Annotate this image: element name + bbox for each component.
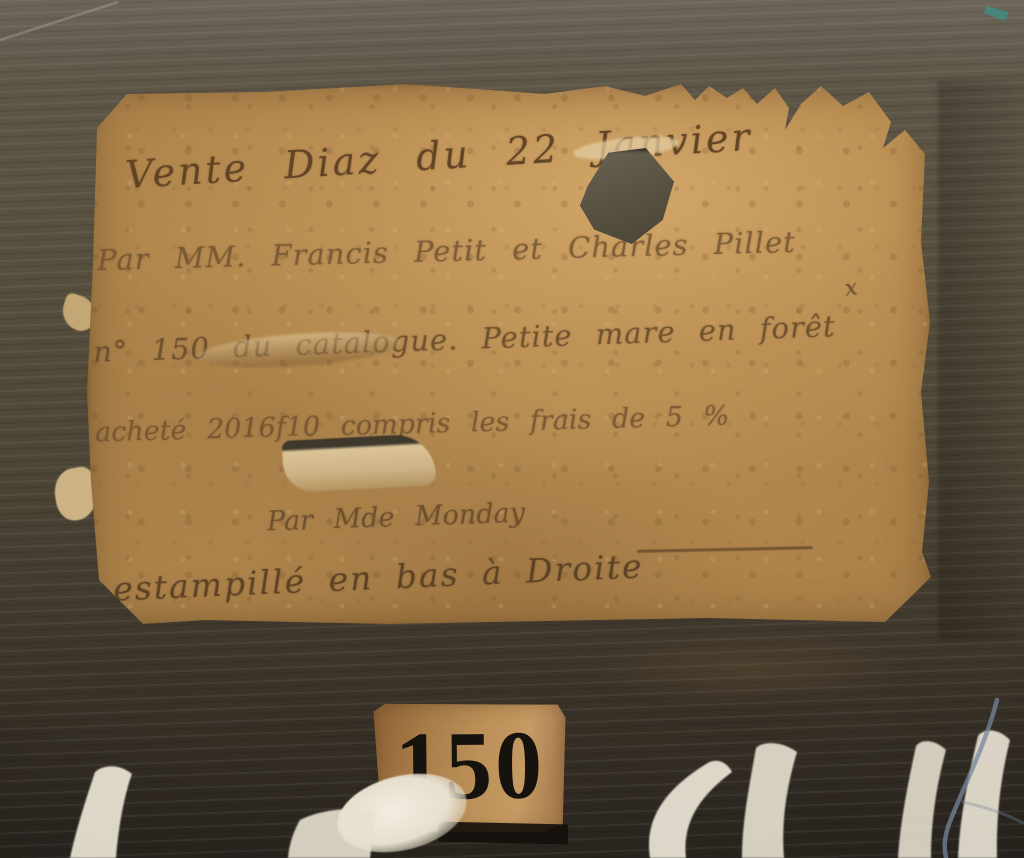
peeled-paper-patch (282, 433, 437, 493)
painted-wood-shadow (938, 80, 1024, 640)
auction-label: Vente Diaz du 22 Janvier Par MM. Francis… (85, 82, 933, 628)
painted-wood-highlight (0, 0, 1024, 90)
blue-chalk-branch (963, 802, 1023, 823)
black-paint-mark (438, 822, 568, 845)
white-paint-stroke (958, 730, 1010, 858)
white-paint-stroke (649, 761, 732, 858)
white-paint-stroke (70, 766, 132, 858)
white-paint-stroke (742, 743, 797, 858)
blue-chalk-line (945, 700, 997, 858)
white-paint-stroke (898, 741, 946, 858)
brown-smudge (580, 628, 920, 708)
panel-back-photo: Vente Diaz du 22 Janvier Par MM. Francis… (0, 0, 1024, 858)
